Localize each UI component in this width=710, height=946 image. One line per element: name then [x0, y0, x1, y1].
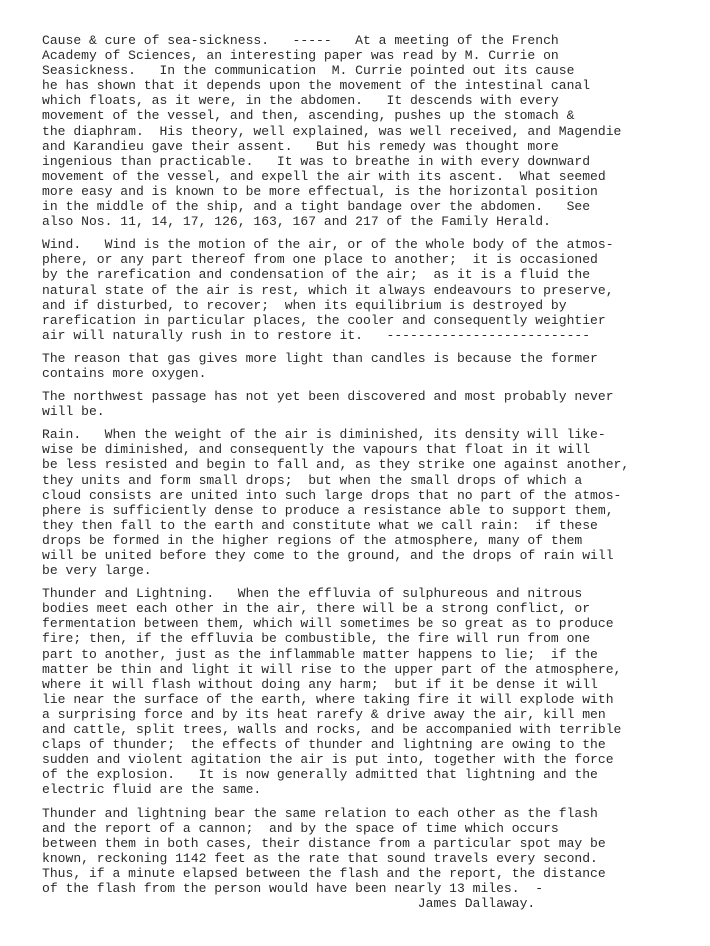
text-line: air will naturally rush in to restore it…: [42, 328, 702, 343]
text-line: will be united before they come to the g…: [42, 548, 702, 563]
text-line: part to another, just as the inflammable…: [42, 647, 702, 662]
text-line: claps of thunder; the effects of thunder…: [42, 737, 702, 752]
text-line: of the explosion. It is now generally ad…: [42, 767, 702, 782]
paragraph-wind: Wind. Wind is the motion of the air, or …: [42, 237, 702, 343]
text-line: Wind. Wind is the motion of the air, or …: [42, 237, 702, 252]
text-line: they then fall to the earth and constitu…: [42, 518, 702, 533]
text-line: Cause & cure of sea-sickness. ----- At a…: [42, 33, 702, 48]
text-line: sudden and violent agitation the air is …: [42, 752, 702, 767]
text-line: they units and form small drops; but whe…: [42, 473, 702, 488]
text-line: which floats, as it were, in the abdomen…: [42, 93, 702, 108]
text-line: The northwest passage has not yet been d…: [42, 389, 702, 404]
text-line: Academy of Sciences, an interesting pape…: [42, 48, 702, 63]
text-line: rarefication in particular places, the c…: [42, 313, 702, 328]
paragraph-rain: Rain. When the weight of the air is dimi…: [42, 427, 702, 578]
text-line: fermentation between them, which will so…: [42, 616, 702, 631]
text-line: between them in both cases, their distan…: [42, 836, 702, 851]
text-line: wise be diminished, and consequently the…: [42, 442, 702, 457]
text-line: lie near the surface of the earth, where…: [42, 692, 702, 707]
text-line: Thunder and lightning bear the same rela…: [42, 806, 702, 821]
text-line: contains more oxygen.: [42, 366, 702, 381]
text-line: the diaphram. His theory, well explained…: [42, 124, 702, 139]
text-line: where it will flash without doing any ha…: [42, 677, 702, 692]
text-line: phere, or any part thereof from one plac…: [42, 252, 702, 267]
text-line: known, reckoning 1142 feet as the rate t…: [42, 851, 702, 866]
text-line: matter be thin and light it will rise to…: [42, 662, 702, 677]
text-line: and cattle, split trees, walls and rocks…: [42, 722, 702, 737]
text-line: will be.: [42, 404, 702, 419]
text-line: ingenious than practicable. It was to br…: [42, 154, 702, 169]
paragraph-flash-and-report: Thunder and lightning bear the same rela…: [42, 806, 702, 912]
text-line: he has shown that it depends upon the mo…: [42, 78, 702, 93]
text-line: of the flash from the person would have …: [42, 881, 702, 896]
text-line: phere is sufficiently dense to produce a…: [42, 503, 702, 518]
text-line: movement of the vessel, and expell the a…: [42, 169, 702, 184]
text-line: movement of the vessel, and then, ascend…: [42, 108, 702, 123]
text-line: electric fluid are the same.: [42, 782, 702, 797]
text-line: Thus, if a minute elapsed between the fl…: [42, 866, 702, 881]
typewritten-page: Cause & cure of sea-sickness. ----- At a…: [42, 33, 702, 919]
text-line: in the middle of the ship, and a tight b…: [42, 199, 702, 214]
text-line: and Karandieu gave their assent. But his…: [42, 139, 702, 154]
text-line: cloud consists are united into such larg…: [42, 488, 702, 503]
text-line: drops be formed in the higher regions of…: [42, 533, 702, 548]
paragraph-gas-light: The reason that gas gives more light tha…: [42, 351, 702, 381]
text-line: also Nos. 11, 14, 17, 126, 163, 167 and …: [42, 214, 702, 229]
text-line: natural state of the air is rest, which …: [42, 283, 702, 298]
text-line: Rain. When the weight of the air is dimi…: [42, 427, 702, 442]
text-line: and the report of a cannon; and by the s…: [42, 821, 702, 836]
text-line: and if disturbed, to recover; when its e…: [42, 298, 702, 313]
text-line: The reason that gas gives more light tha…: [42, 351, 702, 366]
text-line: by the rarefication and condensation of …: [42, 267, 702, 282]
text-line: be less resisted and begin to fall and, …: [42, 457, 702, 472]
text-line: be very large.: [42, 563, 702, 578]
text-line: Seasickness. In the communication M. Cur…: [42, 63, 702, 78]
text-line: a surprising force and by its heat raref…: [42, 707, 702, 722]
paragraph-cause-cure-of-sea-sickness: Cause & cure of sea-sickness. ----- At a…: [42, 33, 702, 229]
signature: James Dallaway.: [42, 896, 702, 911]
text-line: fire; then, if the effluvia be combustib…: [42, 631, 702, 646]
text-line: bodies meet each other in the air, there…: [42, 601, 702, 616]
text-line: Thunder and Lightning. When the effluvia…: [42, 586, 702, 601]
paragraph-northwest-passage: The northwest passage has not yet been d…: [42, 389, 702, 419]
text-line: more easy and is known to be more effect…: [42, 184, 702, 199]
paragraph-thunder-and-lightning: Thunder and Lightning. When the effluvia…: [42, 586, 702, 797]
